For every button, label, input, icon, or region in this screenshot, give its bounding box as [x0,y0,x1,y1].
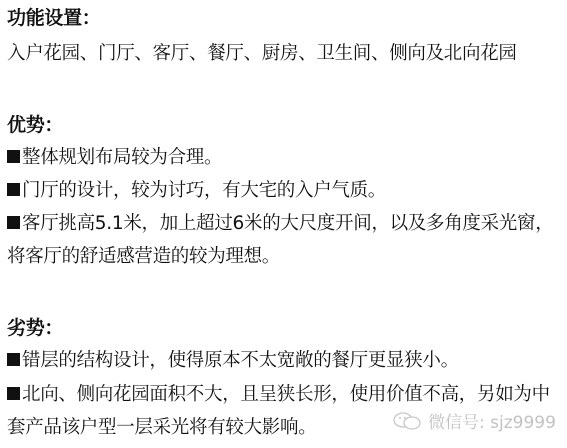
disadvantage-item: 错层的结构设计，使得原本不太宽敞的餐厅更显狭小。 [7,349,459,373]
bullet-square-icon [7,216,20,229]
watermark-text: 微信号: sjz9999 [428,408,556,433]
bullet-square-icon [7,183,20,196]
advantage-item-continued: 将客厅的舒适感营造的较为理想。 [7,245,280,269]
features-text: 入户花园、门厅、客厅、餐厅、厨房、卫生间、侧向及北向花园 [7,42,517,66]
watermark: 微信号: sjz9999 [392,408,556,433]
advantage-item: 整体规划布局较为合理。 [7,146,222,170]
disadvantage-item-continued: 套产品该户型一层采光将有较大影响。 [7,416,316,440]
wechat-icon [392,411,422,431]
bullet-square-icon [7,387,20,400]
bullet-square-icon [7,150,20,163]
disadvantage-item: 北向、侧向花园面积不大，且呈狭长形，使用价值不高，另如为中 [7,383,550,407]
section-heading-disadvantages: 劣势： [7,316,63,340]
advantage-item: 客厅挑高5.1米，加上超过6米的大尺度开间，以及多角度采光窗， [7,212,553,236]
section-heading-advantages: 优势： [7,113,63,137]
advantage-item: 门厅的设计，较为讨巧，有大宅的入户气质。 [7,179,386,203]
bullet-square-icon [7,353,20,366]
section-heading-features: 功能设置： [7,6,101,30]
